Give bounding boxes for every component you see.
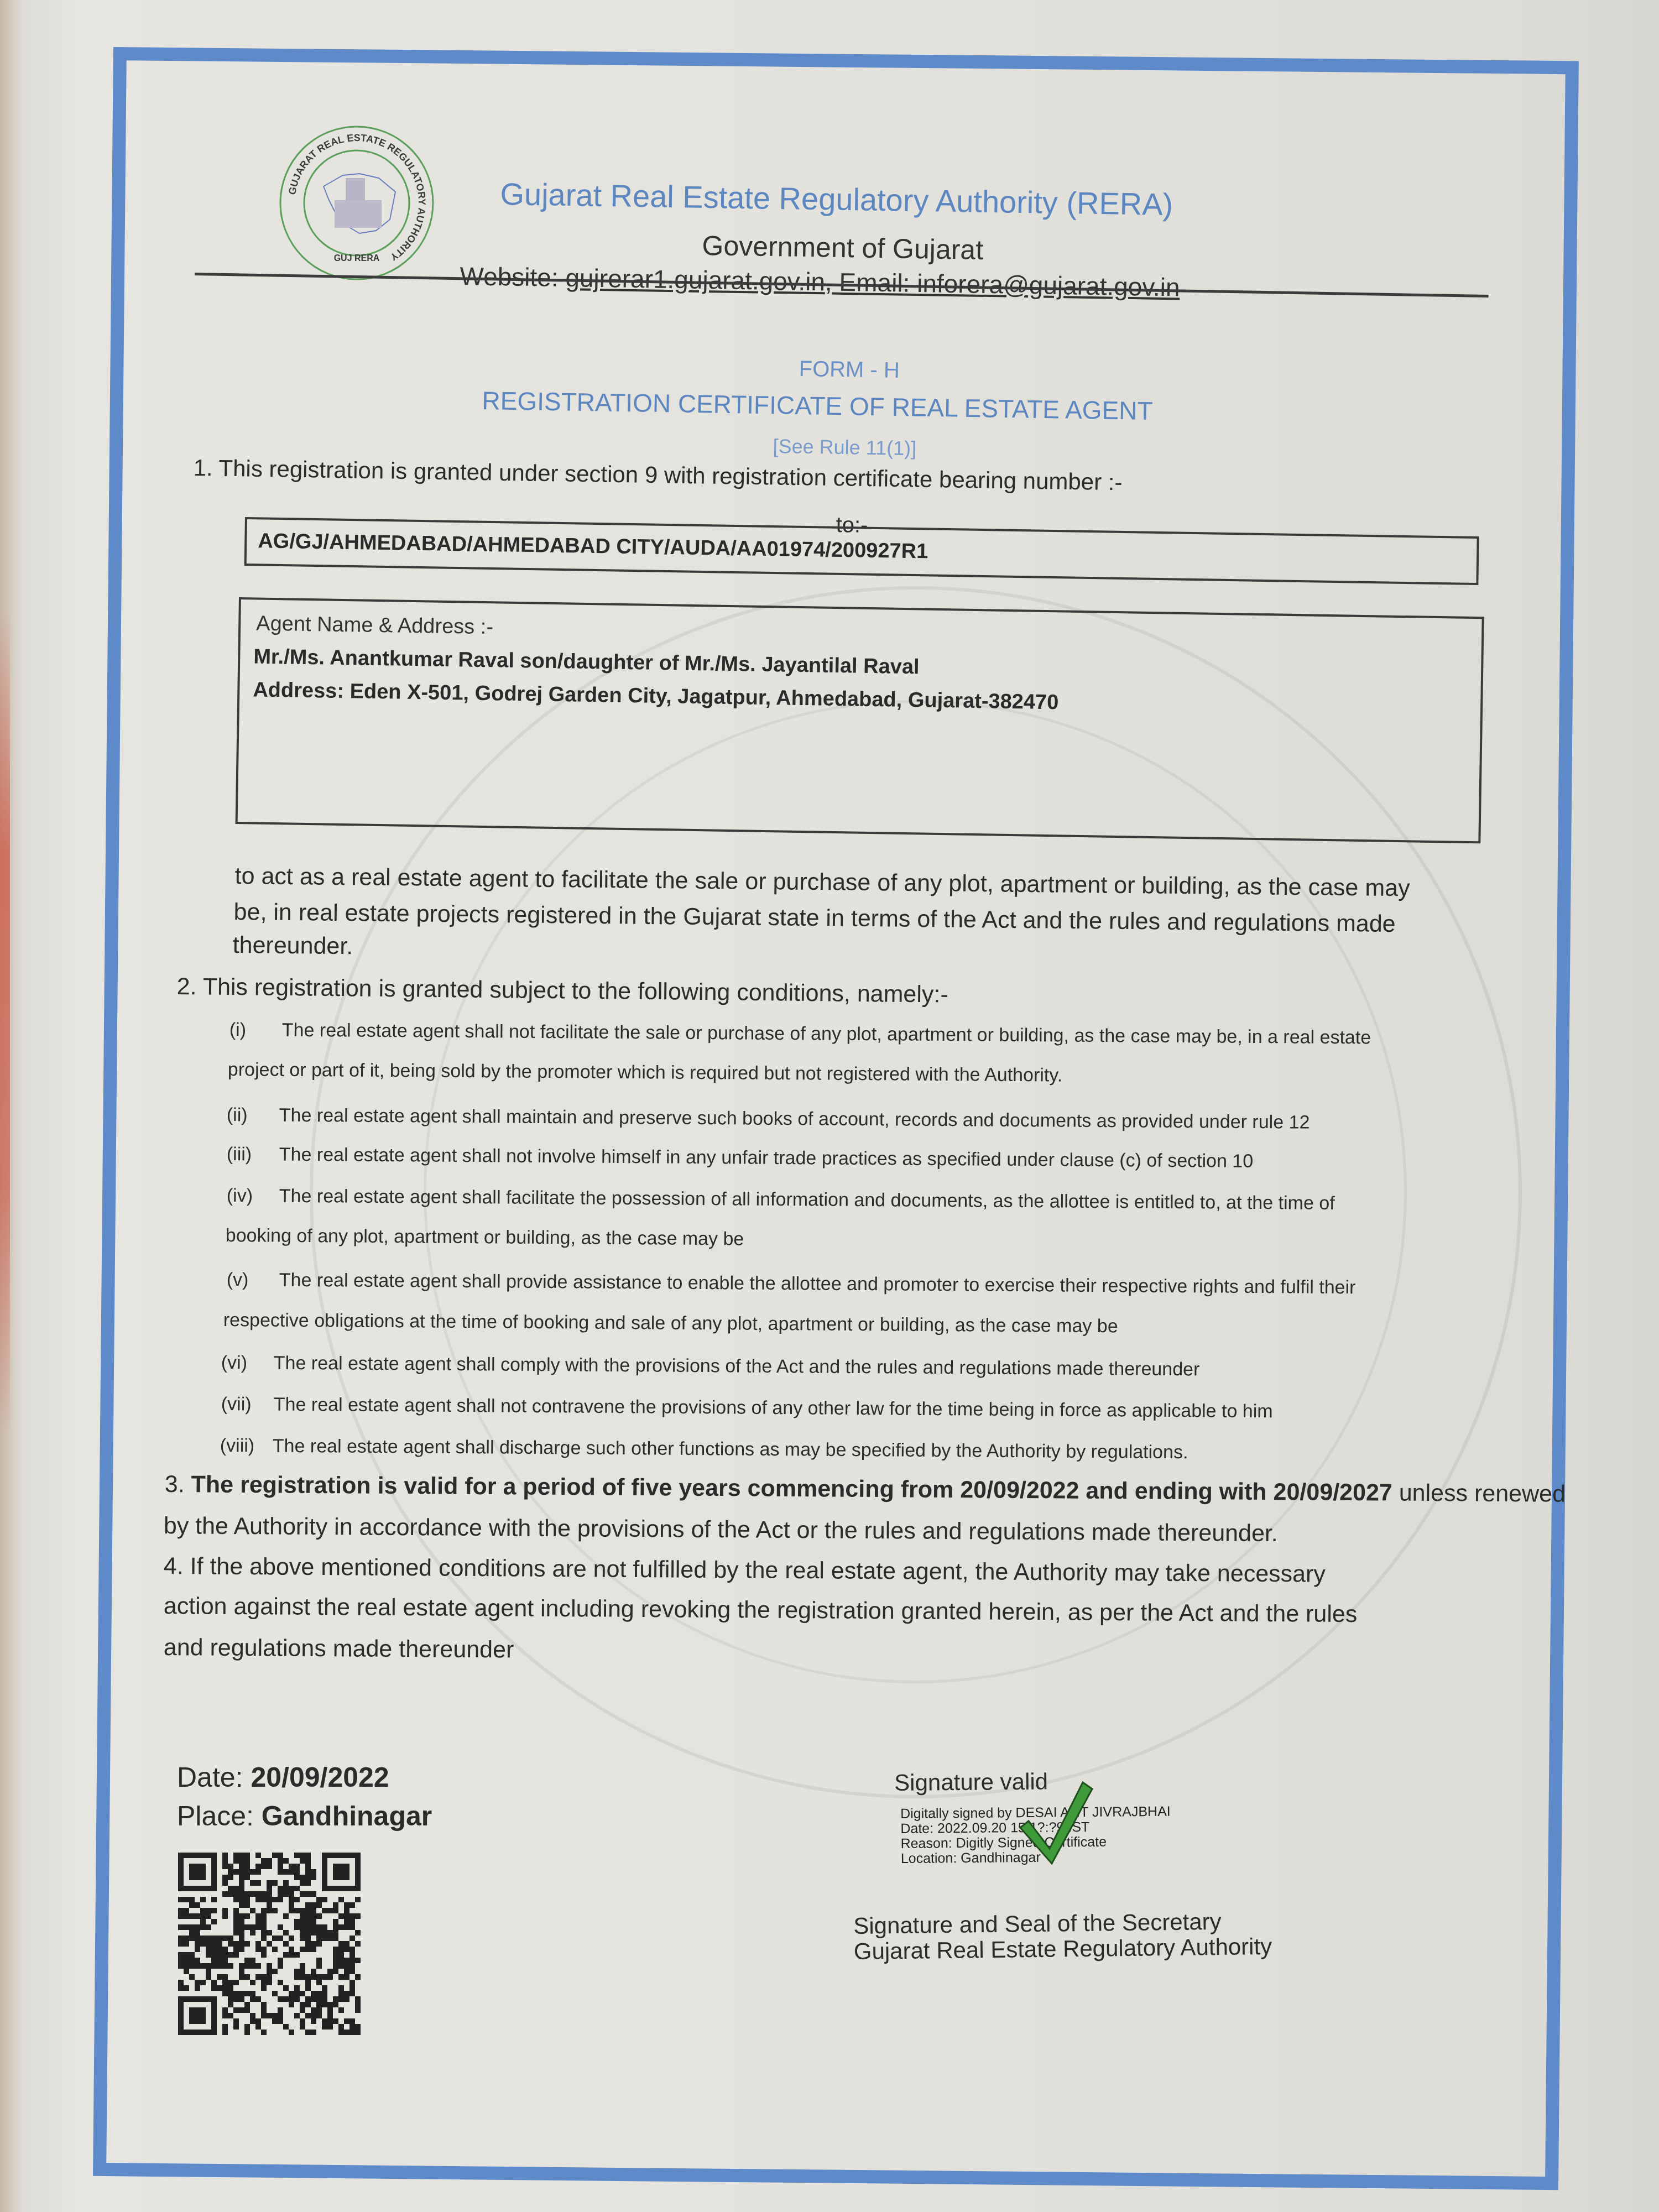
rule-reference: [See Rule 11(1)] [773, 435, 916, 460]
email-label: , Email: [825, 267, 917, 298]
government-name: Government of Gujarat [702, 229, 983, 266]
agent-details-box: Agent Name & Address :- Mr./Ms. Anantkum… [236, 597, 1484, 843]
purpose-line: thereunder. [232, 932, 353, 960]
issue-place: Place: Gandhinagar [177, 1800, 432, 1832]
condition-iv-cont: booking of any plot, apartment or buildi… [226, 1225, 744, 1250]
issue-date: Date: 20/09/2022 [177, 1761, 389, 1793]
qr-code[interactable] [178, 1853, 361, 2035]
secretary-seal-label: Signature and Seal of the Secretary Guja… [853, 1908, 1272, 1964]
certificate-page: GUJARAT REAL ESTATE REGULATORY AUTHORITY… [0, 0, 1659, 2212]
valid-check-icon [1018, 1778, 1095, 1866]
clause-4-line: and regulations made thereunder [164, 1634, 514, 1663]
agent-label: Agent Name & Address :- [256, 612, 493, 639]
svg-text:GUJ RERA: GUJ RERA [334, 254, 380, 263]
agent-address: Address: Eden X-501, Godrej Garden City,… [253, 678, 1059, 714]
website-label: Website: [460, 262, 566, 292]
registration-number: AG/GJ/AHMEDABAD/AHMEDABAD CITY/AUDA/AA01… [258, 529, 928, 564]
agent-name: Mr./Ms. Anantkumar Raval son/daughter of… [253, 645, 920, 679]
rera-seal-logo: GUJARAT REAL ESTATE REGULATORY AUTHORITY… [276, 123, 437, 283]
form-id: FORM - H [799, 357, 900, 383]
